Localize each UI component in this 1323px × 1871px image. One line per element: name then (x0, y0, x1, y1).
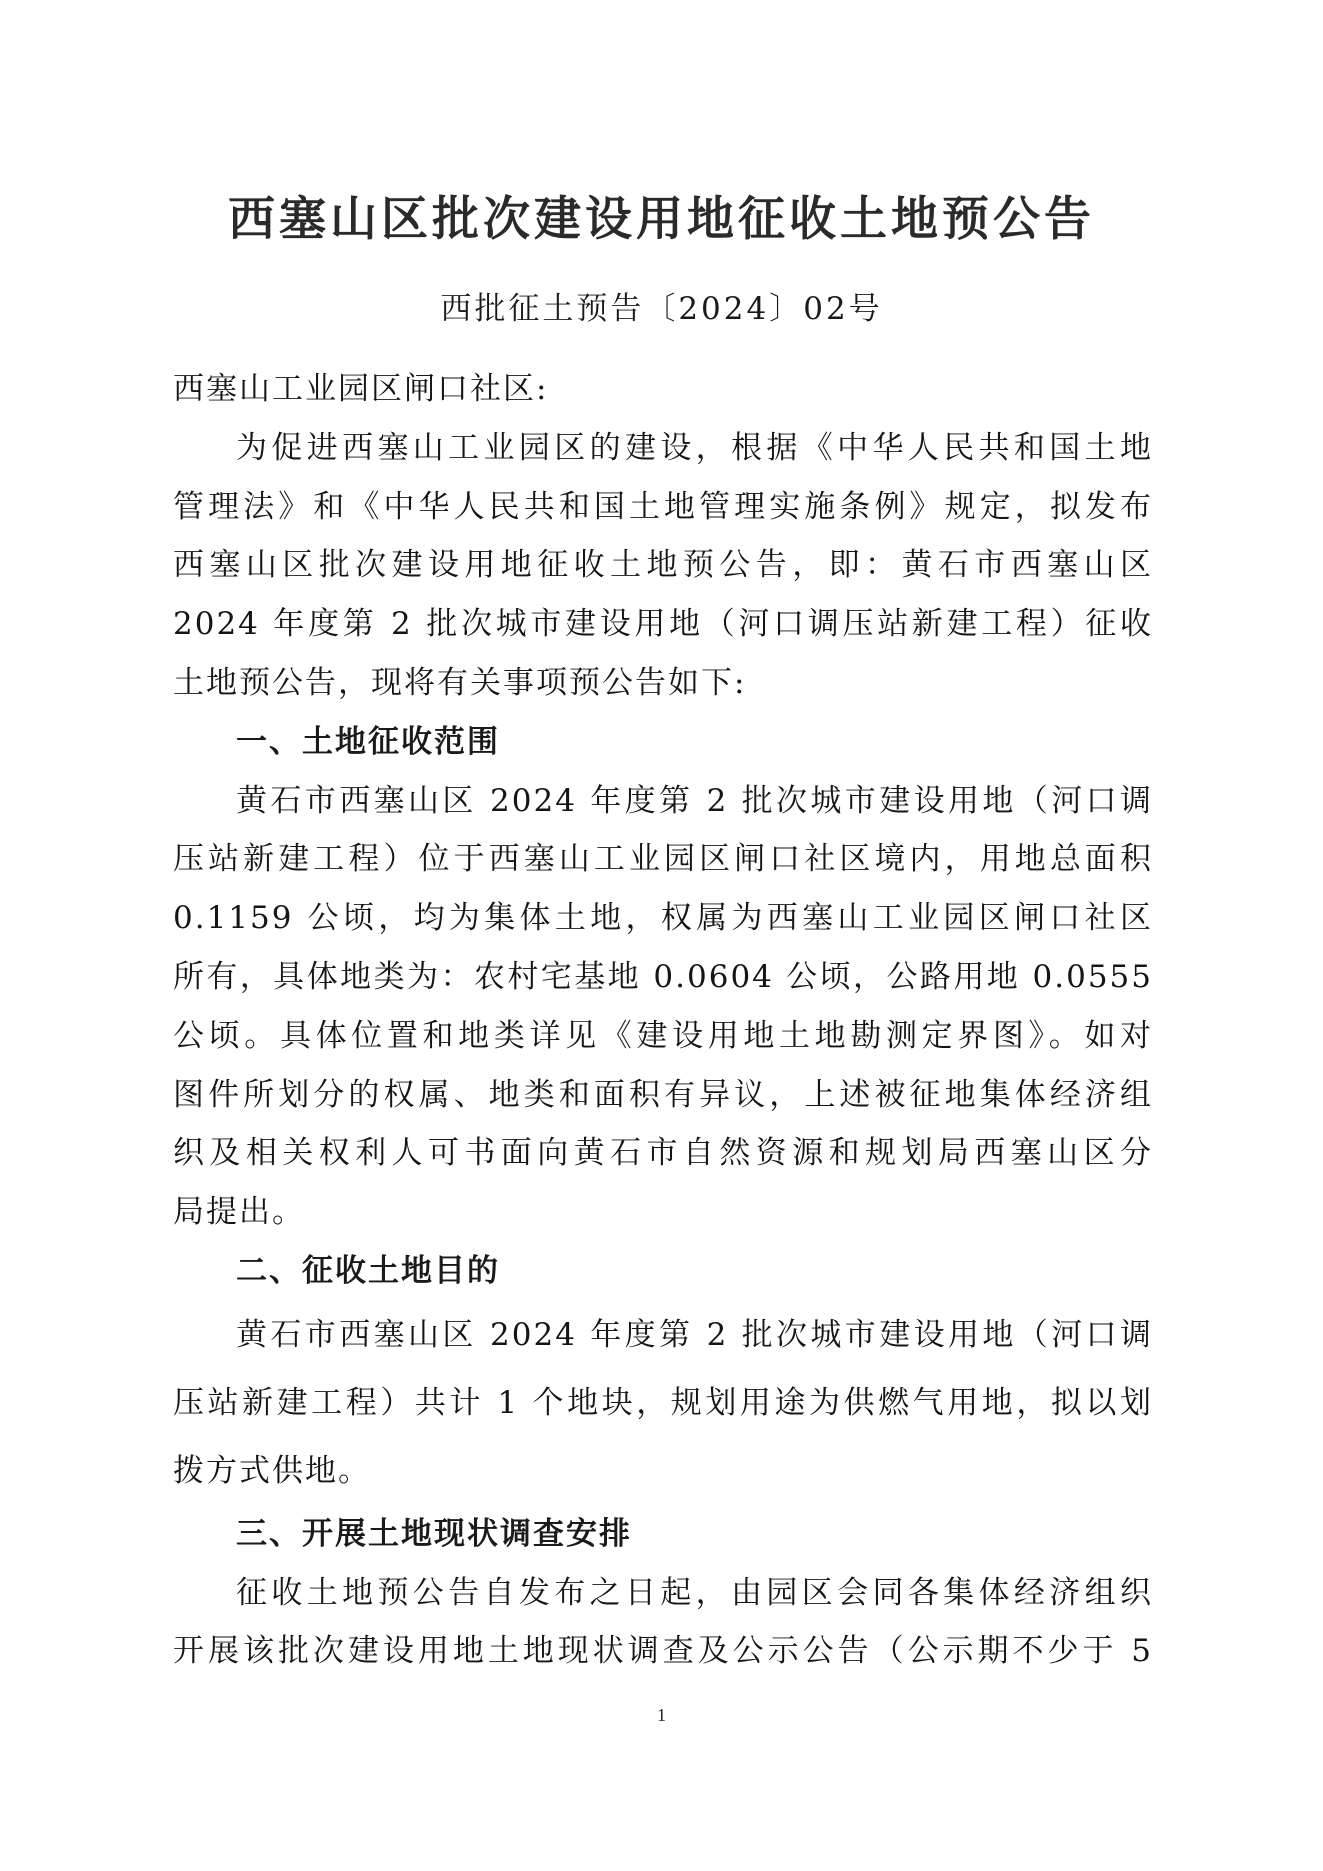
section-heading: 三、开展土地现状调查安排 (173, 1505, 1153, 1564)
section-land-scope: 一、土地征收范围 黄石市西塞山区 2024 年度第 2 批次城市建设用地（河口调… (173, 713, 1153, 1242)
paragraph-line: 织及相关权利人可书面向黄石市自然资源和规划局西塞山区分 (173, 1124, 1153, 1183)
paragraph-line: 开展该批次建设用地土地现状调查及公示公告（公示期不少于 5 (173, 1622, 1153, 1681)
paragraph-line: 图件所划分的权属、地类和面积有异议，上述被征地集体经济组 (173, 1066, 1153, 1125)
paragraph-line: 局提出。 (173, 1183, 1153, 1242)
section-survey-arrangement: 三、开展土地现状调查安排 征收土地预公告自发布之日起，由园区会同各集体经济组织 … (173, 1505, 1153, 1681)
paragraph-line: 黄石市西塞山区 2024 年度第 2 批次城市建设用地（河口调 (173, 1301, 1153, 1369)
document-title: 西塞山区批次建设用地征收土地预公告 (0, 190, 1323, 250)
paragraph-line: 0.1159 公顷，均为集体土地，权属为西塞山工业园区闸口社区 (173, 889, 1153, 948)
paragraph-line: 西塞山区批次建设用地征收土地预公告，即：黄石市西塞山区 (173, 536, 1153, 595)
page-number: 1 (0, 1705, 1323, 1726)
paragraph-line: 黄石市西塞山区 2024 年度第 2 批次城市建设用地（河口调 (173, 772, 1153, 831)
document-body: 西塞山工业园区闸口社区: 为促进西塞山工业园区的建设，根据《中华人民共和国土地 … (173, 360, 1153, 1681)
section-heading: 一、土地征收范围 (173, 713, 1153, 772)
paragraph-line: 2024 年度第 2 批次城市建设用地（河口调压站新建工程）征收 (173, 595, 1153, 654)
paragraph-line: 拨方式供地。 (173, 1437, 1153, 1505)
paragraph-line: 压站新建工程）位于西塞山工业园区闸口社区境内，用地总面积 (173, 830, 1153, 889)
document-page: 西塞山区批次建设用地征收土地预公告 西批征土预告〔2024〕02号 西塞山工业园… (0, 0, 1323, 1871)
paragraph-line: 征收土地预公告自发布之日起，由园区会同各集体经济组织 (173, 1564, 1153, 1623)
paragraph-line: 为促进西塞山工业园区的建设，根据《中华人民共和国土地 (173, 419, 1153, 478)
intro-paragraph: 为促进西塞山工业园区的建设，根据《中华人民共和国土地 管理法》和《中华人民共和国… (173, 419, 1153, 713)
section-purpose: 二、征收土地目的 黄石市西塞山区 2024 年度第 2 批次城市建设用地（河口调… (173, 1242, 1153, 1505)
paragraph-line: 土地预公告，现将有关事项预公告如下: (173, 654, 1153, 713)
document-number: 西批征土预告〔2024〕02号 (0, 287, 1323, 331)
section-heading: 二、征收土地目的 (173, 1242, 1153, 1301)
paragraph-line: 公顷。具体位置和地类详见《建设用地土地勘测定界图》。如对 (173, 1007, 1153, 1066)
addressee: 西塞山工业园区闸口社区: (173, 360, 1153, 419)
paragraph-line: 管理法》和《中华人民共和国土地管理实施条例》规定，拟发布 (173, 478, 1153, 537)
paragraph-line: 所有，具体地类为：农村宅基地 0.0604 公顷，公路用地 0.0555 (173, 948, 1153, 1007)
paragraph-line: 压站新建工程）共计 1 个地块，规划用途为供燃气用地，拟以划 (173, 1369, 1153, 1437)
